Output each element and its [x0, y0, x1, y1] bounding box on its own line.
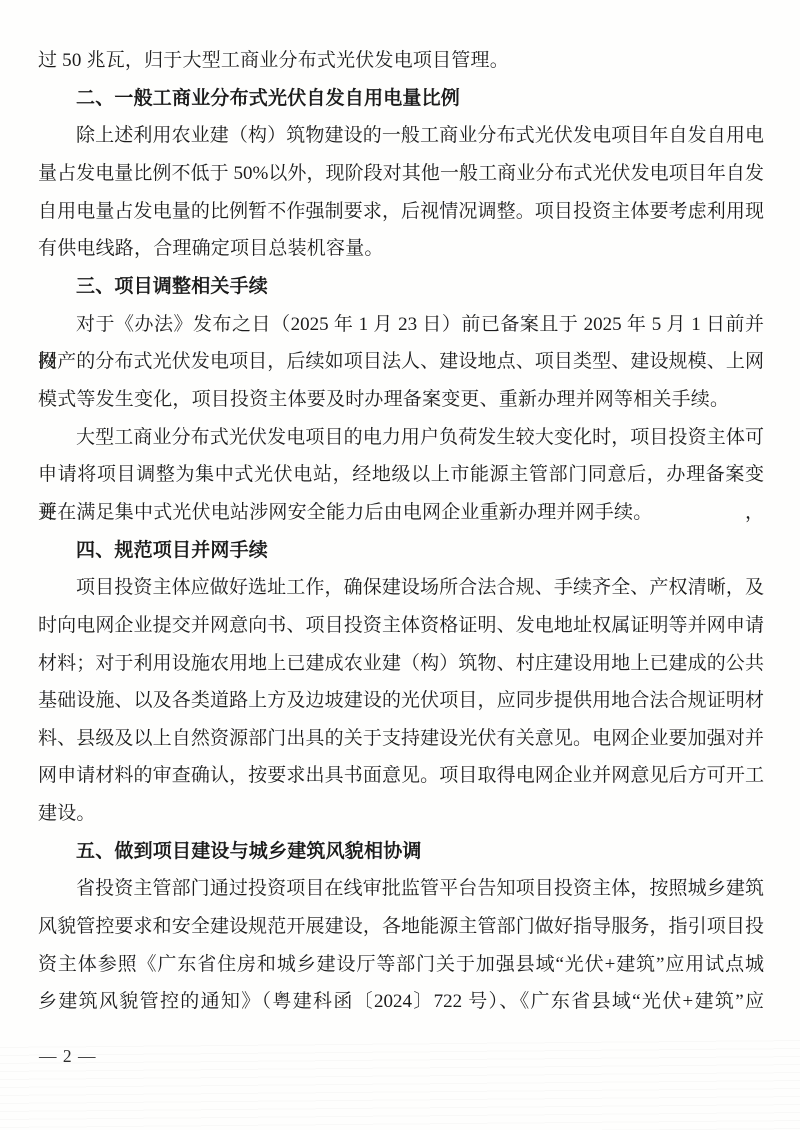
text-line: 申请将项目调整为集中式光伏电站，经地级以上市能源主管部门同意后，办理备案变更， [38, 456, 764, 494]
text-line: 资主体参照《广东省住房和城乡建设厅等部门关于加强县域“光伏+建筑”应用试点城 [38, 946, 764, 984]
section-heading: 三、项目调整相关手续 [38, 268, 764, 306]
page-number: — 2 — [39, 1046, 97, 1067]
text-line: 除上述利用农业建（构）筑物建设的一般工商业分布式光伏发电项目年自发自用电 [38, 117, 764, 155]
document-body: 过 50 兆瓦，归于大型工商业分布式光伏发电项目管理。 二、一般工商业分布式光伏… [38, 42, 764, 1021]
section-heading: 四、规范项目并网手续 [38, 532, 764, 570]
text-line: 模式等发生变化，项目投资主体要及时办理备案变更、重新办理并网等相关手续。 [38, 381, 764, 419]
text-line: 量占发电量比例不低于 50%以外，现阶段对其他一般工商业分布式光伏发电项目年自发 [38, 155, 764, 193]
document-page: 过 50 兆瓦，归于大型工商业分布式光伏发电项目管理。 二、一般工商业分布式光伏… [0, 0, 800, 1130]
text-line: 建设。 [38, 795, 764, 833]
section-heading: 二、一般工商业分布式光伏自发自用电量比例 [38, 80, 764, 118]
text-line: 投产的分布式光伏发电项目，后续如项目法人、建设地点、项目类型、建设规模、上网 [38, 343, 764, 381]
text-line: 网申请材料的审查确认，按要求出具书面意见。项目取得电网企业并网意见后方可开工 [38, 757, 764, 795]
section-heading: 五、做到项目建设与城乡建筑风貌相协调 [38, 833, 764, 871]
text-line: 有供电线路，合理确定项目总装机容量。 [38, 230, 764, 268]
text-line: 风貌管控要求和安全建设规范开展建设，各地能源主管部门做好指导服务，指引项目投 [38, 908, 764, 946]
text-line: 过 50 兆瓦，归于大型工商业分布式光伏发电项目管理。 [38, 42, 764, 80]
text-line: 时向电网企业提交并网意向书、项目投资主体资格证明、发电地址权属证明等并网申请 [38, 607, 764, 645]
text-line: 省投资主管部门通过投资项目在线审批监管平台告知项目投资主体，按照城乡建筑 [38, 870, 764, 908]
scan-artifact [0, 1040, 800, 1130]
text-line: 大型工商业分布式光伏发电项目的电力用户负荷发生较大变化时，项目投资主体可 [38, 419, 764, 457]
text-line: 乡建筑风貌管控的通知》（粤建科函〔2024〕722 号）、《广东省县域“光伏+建… [38, 983, 764, 1021]
text-line: 项目投资主体应做好选址工作，确保建设场所合法合规、手续齐全、产权清晰，及 [38, 569, 764, 607]
text-line: 对于《办法》发布之日（2025 年 1 月 23 日）前已备案且于 2025 年… [38, 306, 764, 344]
text-line: 料、县级及以上自然资源部门出具的关于支持建设光伏有关意见。电网企业要加强对并 [38, 720, 764, 758]
text-line: 材料；对于利用设施农用地上已建成农业建（构）筑物、村庄建设用地上已建成的公共 [38, 645, 764, 683]
text-line: 基础设施、以及各类道路上方及边坡建设的光伏项目，应同步提供用地合法合规证明材 [38, 682, 764, 720]
text-line: 自用电量占发电量的比例暂不作强制要求，后视情况调整。项目投资主体要考虑利用现 [38, 193, 764, 231]
